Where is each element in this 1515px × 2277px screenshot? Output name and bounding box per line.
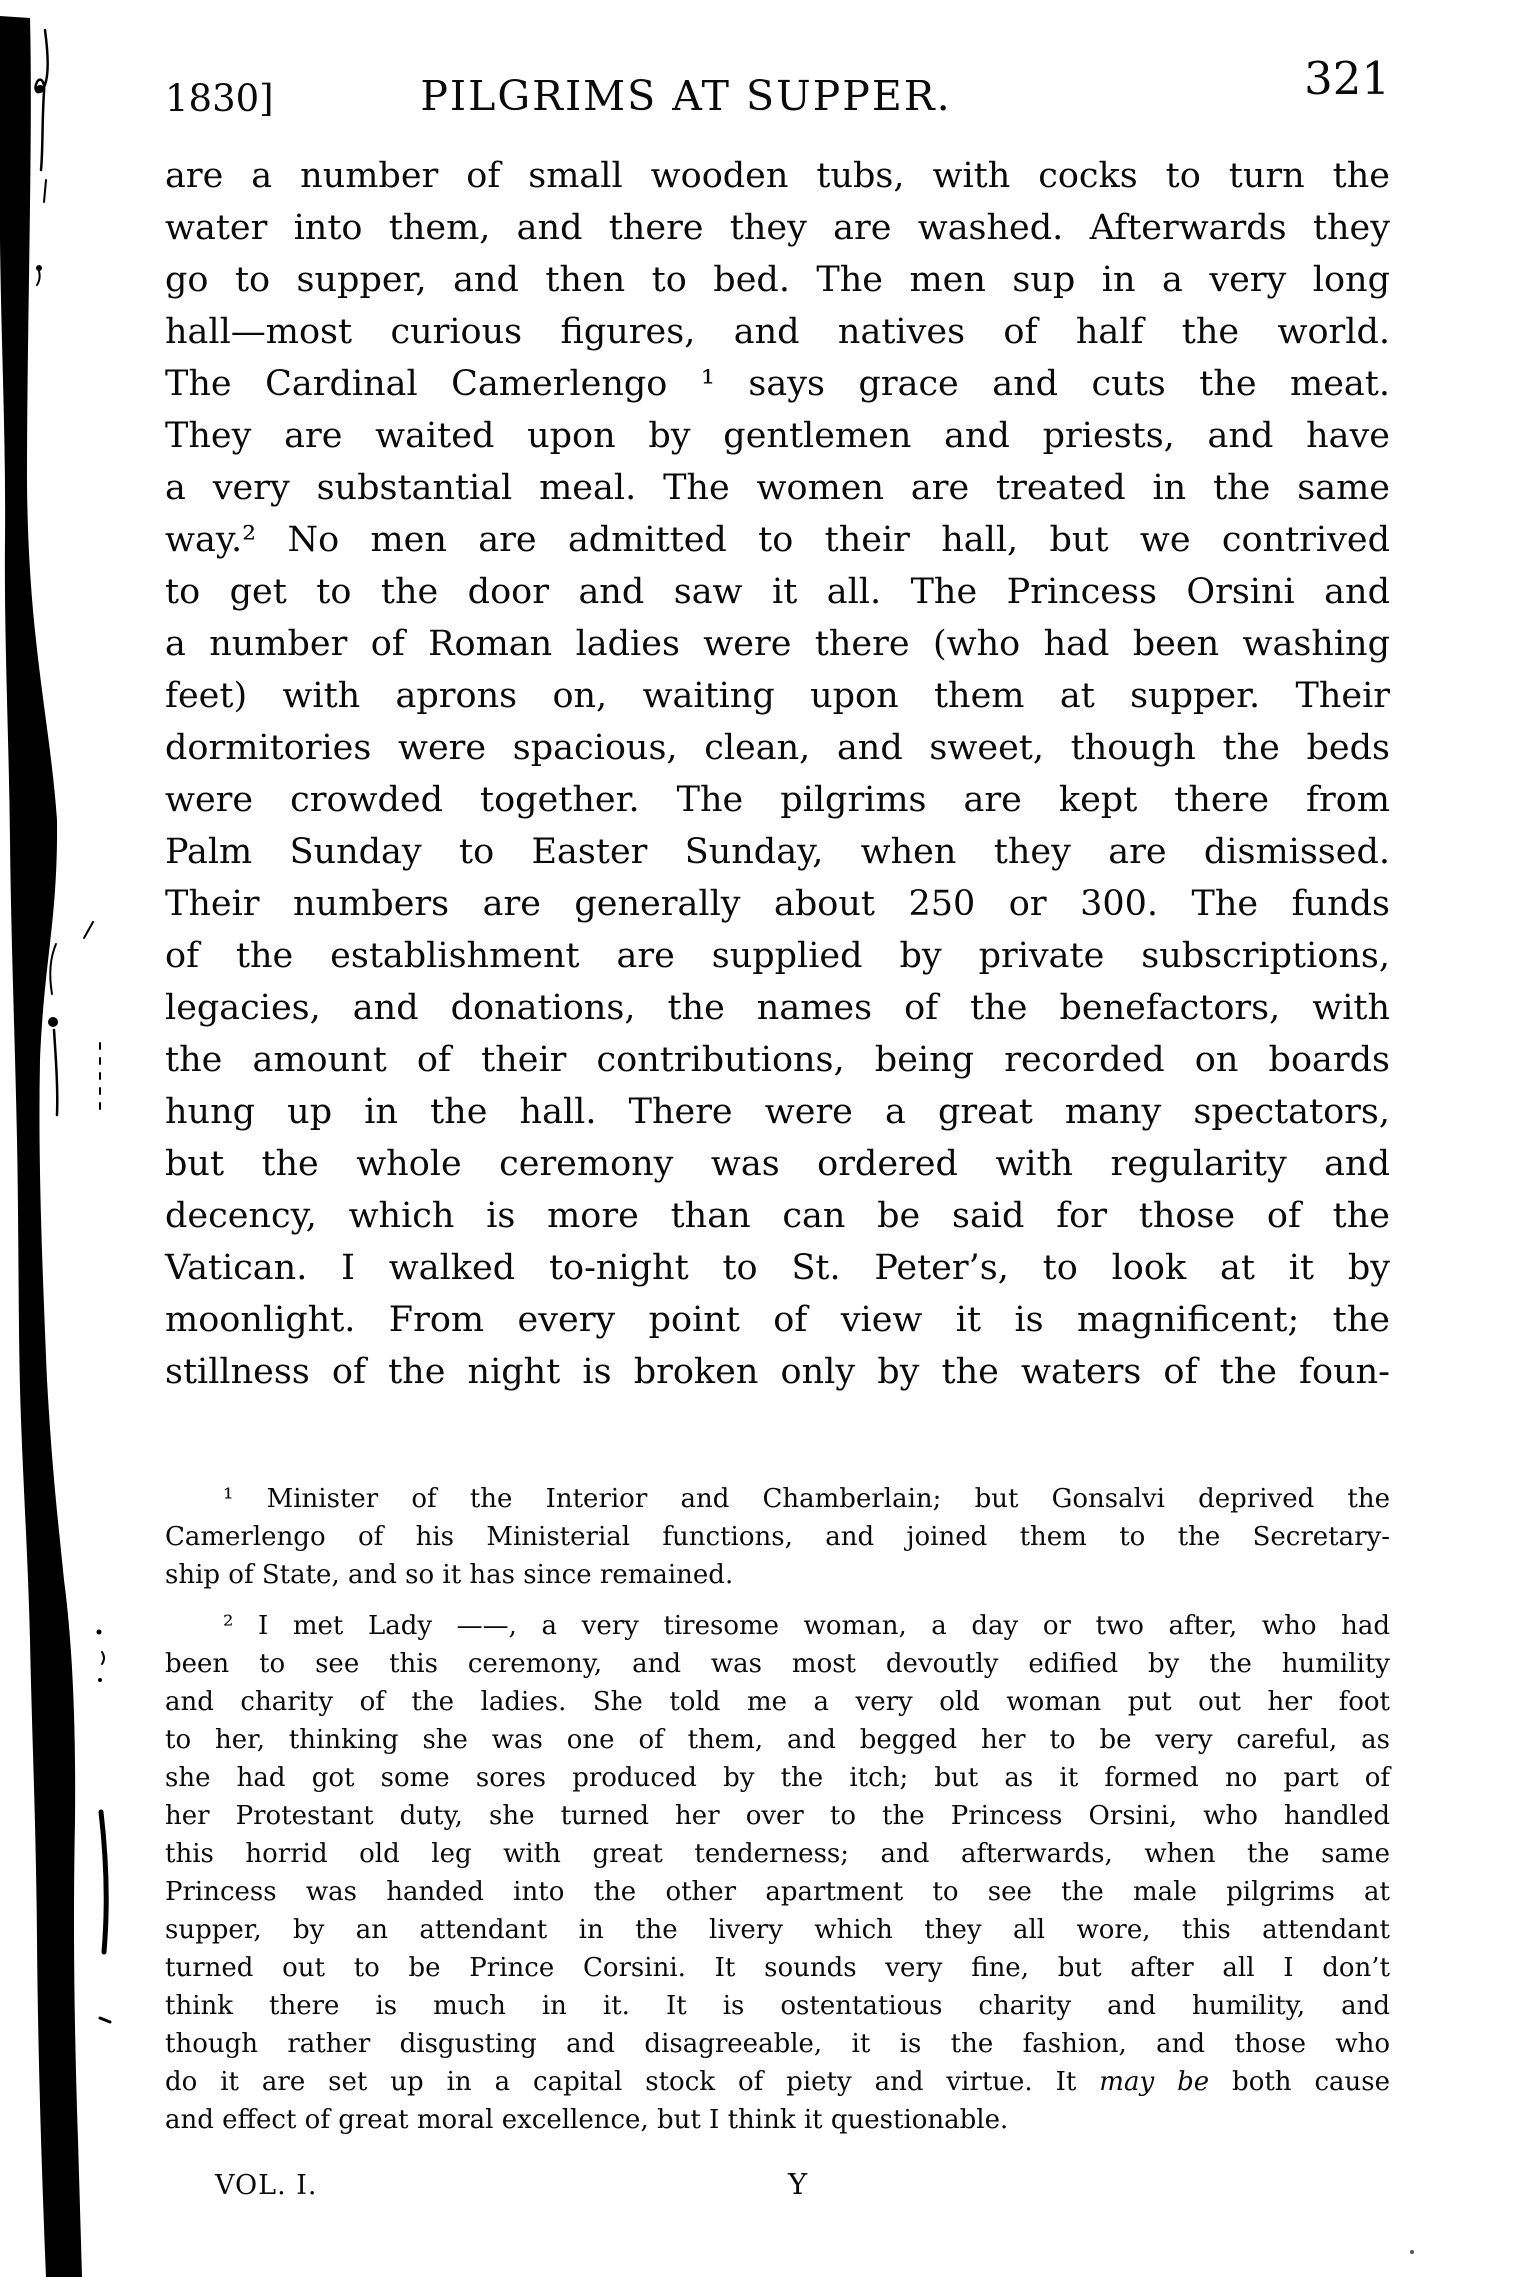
volume-label: VOL. I.	[215, 2172, 318, 2199]
footnote-line: to her, thinking she was one of them, an…	[165, 1721, 1390, 1759]
body-line: Vatican. I walked to-night to St. Peter’…	[165, 1242, 1390, 1294]
page-number: 321	[1304, 56, 1390, 101]
scan-streak	[101, 1812, 106, 1952]
body-line: feet) with aprons on, waiting upon them …	[165, 670, 1390, 722]
footnote-2: ² I met Lady ——, a very tiresome woman, …	[165, 1607, 1390, 2139]
footnote-line: though rather disgusting and disagreeabl…	[165, 2025, 1390, 2063]
scan-scratch	[102, 1652, 104, 1664]
footnote-1: ¹ Minister of the Interior and Chamberla…	[165, 1480, 1390, 1594]
ink-speck	[97, 1630, 102, 1635]
footnote-line: and charity of the ladies. She told me a…	[165, 1683, 1390, 1721]
scan-scratch	[36, 30, 48, 170]
footnote-line: ¹ Minister of the Interior and Chamberla…	[165, 1480, 1390, 1518]
footnote-line: been to see this ceremony, and was most …	[165, 1645, 1390, 1683]
scan-scratch	[50, 944, 56, 994]
body-line: decency, which is more than can be said …	[165, 1190, 1390, 1242]
scan-scratch	[84, 922, 93, 938]
body-line: to get to the door and saw it all. The P…	[165, 566, 1390, 618]
footnote-line: think there is much in it. It is ostenta…	[165, 1987, 1390, 2025]
body-line: The Cardinal Camerlengo ¹ says grace and…	[165, 358, 1390, 410]
footnote-text: both cause	[1209, 2067, 1390, 2097]
body-line: but the whole ceremony was ordered with …	[165, 1138, 1390, 1190]
gutter-shadow-shape	[0, 16, 82, 2277]
body-line: hall—most curious figures, and natives o…	[165, 306, 1390, 358]
footnote-italic-text: may be	[1099, 2067, 1209, 2097]
body-line: water into them, and there they are wash…	[165, 202, 1390, 254]
body-line: way.² No men are admitted to their hall,…	[165, 514, 1390, 566]
body-line: the amount of their contributions, being…	[165, 1034, 1390, 1086]
footnote-line: Camerlengo of his Ministerial functions,…	[165, 1518, 1390, 1556]
body-text: are a number of small wooden tubs, with …	[165, 150, 1390, 1398]
running-title: PILGRIMS AT SUPPER.	[165, 76, 1207, 117]
body-line: stillness of the night is broken only by…	[165, 1346, 1390, 1398]
scan-scratch	[54, 1030, 57, 1115]
footnote-line: this horrid old leg with great tendernes…	[165, 1835, 1390, 1873]
footnote-line: she had got some sores produced by the i…	[165, 1759, 1390, 1797]
ink-speck	[1410, 2250, 1414, 2254]
footnote-line: Princess was handed into the other apart…	[165, 1873, 1390, 1911]
printer-signature-mark: Y	[788, 2170, 807, 2199]
scan-scratch	[44, 180, 46, 202]
body-line: a very substantial meal. The women are t…	[165, 462, 1390, 514]
footnote-line: ² I met Lady ——, a very tiresome woman, …	[165, 1607, 1390, 1645]
body-line: a number of Roman ladies were there (who…	[165, 618, 1390, 670]
ink-speck	[98, 1678, 102, 1682]
footnote-line: turned out to be Prince Corsini. It soun…	[165, 1949, 1390, 1987]
body-line: were crowded together. The pilgrims are …	[165, 774, 1390, 826]
body-line: go to supper, and then to bed. The men s…	[165, 254, 1390, 306]
body-line: hung up in the hall. There were a great …	[165, 1086, 1390, 1138]
body-line: legacies, and donations, the names of th…	[165, 982, 1390, 1034]
footnote-line: her Protestant duty, she turned her over…	[165, 1797, 1390, 1835]
book-page: 1830] PILGRIMS AT SUPPER. 321 are a numb…	[0, 0, 1515, 2277]
scan-scratch	[100, 2018, 110, 2022]
scan-scratch	[37, 271, 40, 285]
body-line: dormitories were spacious, clean, and sw…	[165, 722, 1390, 774]
ink-blot	[36, 85, 44, 93]
footnote-line: and effect of great moral excellence, bu…	[165, 2101, 1390, 2139]
footnote-line: do it are set up in a capital stock of p…	[165, 2063, 1390, 2101]
body-line: are a number of small wooden tubs, with …	[165, 150, 1390, 202]
body-line: They are waited upon by gentlemen and pr…	[165, 410, 1390, 462]
footnote-text: do it are set up in a capital stock of p…	[165, 2067, 1099, 2097]
ink-speck	[36, 265, 42, 271]
body-line: of the establishment are supplied by pri…	[165, 930, 1390, 982]
footnote-line: supper, by an attendant in the livery wh…	[165, 1911, 1390, 1949]
body-line: Palm Sunday to Easter Sunday, when they …	[165, 826, 1390, 878]
body-line: moonlight. From every point of view it i…	[165, 1294, 1390, 1346]
body-line: Their numbers are generally about 250 or…	[165, 878, 1390, 930]
footnote-line: ship of State, and so it has since remai…	[165, 1556, 1390, 1594]
ink-blot	[48, 1017, 58, 1027]
